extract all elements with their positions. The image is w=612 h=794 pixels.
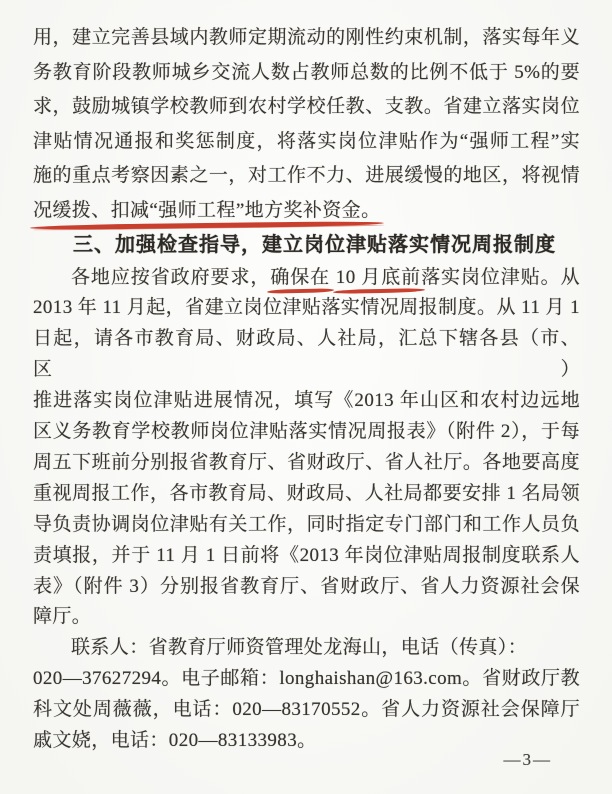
text-line: 科文处周薇薇，电话：020—83170552。省人力资源社会保障厅 xyxy=(33,695,580,726)
text-segment: 施的重点考察因素之一，对工作不力、进展缓慢的地区，将视情 xyxy=(33,165,580,186)
text-line: 导负责协调岗位津贴有关工作，同时指定专门部门和工作人员负 xyxy=(33,510,580,541)
text-line: 责填报，并于 11 月 1 日前将《2013 年岗位津贴周报制度联系人 xyxy=(33,541,580,572)
text-segment: 各地应按省政府要求， xyxy=(71,267,270,288)
text-segment: 重视周报工作，各市教育局、财政局、人社局都要安排 1 名局领 xyxy=(33,483,580,504)
text-line: 务教育阶段教师城乡交流人数占教师总数的比例不低于 5%的要 xyxy=(33,56,580,91)
text-segment: 周五下班前分别报省教育厅、省财政厅、省人社厅。各地要高度 xyxy=(33,452,580,473)
text-line: 周五下班前分别报省教育厅、省财政厅、省人社厅。各地要高度 xyxy=(33,448,580,479)
text-line: 重视周报工作，各市教育局、财政局、人社局都要安排 1 名局领 xyxy=(33,479,580,510)
text-segment: 推进落实岗位津贴进展情况，填写《2013 年山区和农村边远地 xyxy=(33,390,580,411)
text-segment: 科文处周薇薇，电话：020—83170552。省人力资源社会保障厅 xyxy=(33,699,580,720)
text-line: 日起，请各市教育局、财政局、人社局，汇总下辖各县（市、区） xyxy=(33,324,580,386)
text-line: 用，建立完善县域内教师定期流动的刚性约束机制，落实每年义 xyxy=(33,21,580,56)
text-line: 联系人：省教育厅师资管理处龙海山，电话（传真）： xyxy=(33,633,580,664)
text-segment: 戚文娆，电话：020—83133983。 xyxy=(33,730,317,751)
page-number: —3— xyxy=(504,750,553,770)
text-segment xyxy=(330,267,336,288)
text-line: 表》（附件 3）分别报省教育厅、省财政厅、省人力资源社会保 xyxy=(33,572,580,603)
text-line: 施的重点考察因素之一，对工作不力、进展缓慢的地区，将视情 xyxy=(33,159,580,194)
red-underlined-text: 况缓拨、扣减“强师工程”地方奖补资金。 xyxy=(33,200,380,221)
text-line: 况缓拨、扣减“强师工程”地方奖补资金。 xyxy=(33,194,580,229)
text-segment: 用，建立完善县域内教师定期流动的刚性约束机制，落实每年义 xyxy=(33,27,580,48)
document-body: 用，建立完善县域内教师定期流动的刚性约束机制，落实每年义务教育阶段教师城乡交流人… xyxy=(33,21,580,757)
text-segment: 2013 年 11 月起，省建立岗位津贴落实情况周报制度。从 11 月 1 xyxy=(33,297,580,318)
text-segment: 落实岗位津贴。从 xyxy=(421,267,580,288)
section-heading: 三、加强检查指导，建立岗位津贴落实情况周报制度 xyxy=(33,228,580,263)
text-segment: 责填报，并于 11 月 1 日前将《2013 年岗位津贴周报制度联系人 xyxy=(33,545,580,566)
text-segment: 津贴情况通报和奖惩制度，将落实岗位津贴作为“强师工程”实 xyxy=(33,131,580,152)
text-line: 020—37627294。电子邮箱：longhaishan@163.com。省财… xyxy=(33,664,580,695)
text-line: 障厅。 xyxy=(33,602,580,633)
text-segment: 障厅。 xyxy=(33,606,91,627)
text-line: 求，鼓励城镇学校教师到农村学校任教、支教。省建立落实岗位 xyxy=(33,90,580,125)
text-line: 2013 年 11 月起，省建立岗位津贴落实情况周报制度。从 11 月 1 xyxy=(33,293,580,324)
text-line: 戚文娆，电话：020—83133983。 xyxy=(33,726,580,757)
red-underlined-text: 10 月底前 xyxy=(336,267,421,288)
red-underlined-text: 确保在 xyxy=(270,267,330,288)
text-segment: 表》（附件 3）分别报省教育厅、省财政厅、省人力资源社会保 xyxy=(33,576,580,597)
text-segment: 务教育阶段教师城乡交流人数占教师总数的比例不低于 5%的要 xyxy=(33,62,580,83)
scanned-document-page: 用，建立完善县域内教师定期流动的刚性约束机制，落实每年义务教育阶段教师城乡交流人… xyxy=(0,0,612,794)
text-segment: 020—37627294。电子邮箱：longhaishan@163.com。省财… xyxy=(33,668,580,689)
text-line: 津贴情况通报和奖惩制度，将落实岗位津贴作为“强师工程”实 xyxy=(33,125,580,160)
text-segment: 导负责协调岗位津贴有关工作，同时指定专门部门和工作人员负 xyxy=(33,514,580,535)
text-segment: 三、加强检查指导，建立岗位津贴落实情况周报制度 xyxy=(73,234,556,256)
text-segment: 求，鼓励城镇学校教师到农村学校任教、支教。省建立落实岗位 xyxy=(33,96,580,117)
text-line: 推进落实岗位津贴进展情况，填写《2013 年山区和农村边远地 xyxy=(33,386,580,417)
text-segment: 日起，请各市教育局、财政局、人社局，汇总下辖各县（市、区） xyxy=(33,328,580,380)
text-line: 区义务教育学校教师岗位津贴落实情况周报表》（附件 2），于每 xyxy=(33,417,580,448)
text-line: 各地应按省政府要求，确保在 10 月底前落实岗位津贴。从 xyxy=(33,263,580,294)
text-segment: 联系人：省教育厅师资管理处龙海山，电话（传真）： xyxy=(71,637,527,658)
text-segment: 区义务教育学校教师岗位津贴落实情况周报表》（附件 2），于每 xyxy=(33,421,580,442)
